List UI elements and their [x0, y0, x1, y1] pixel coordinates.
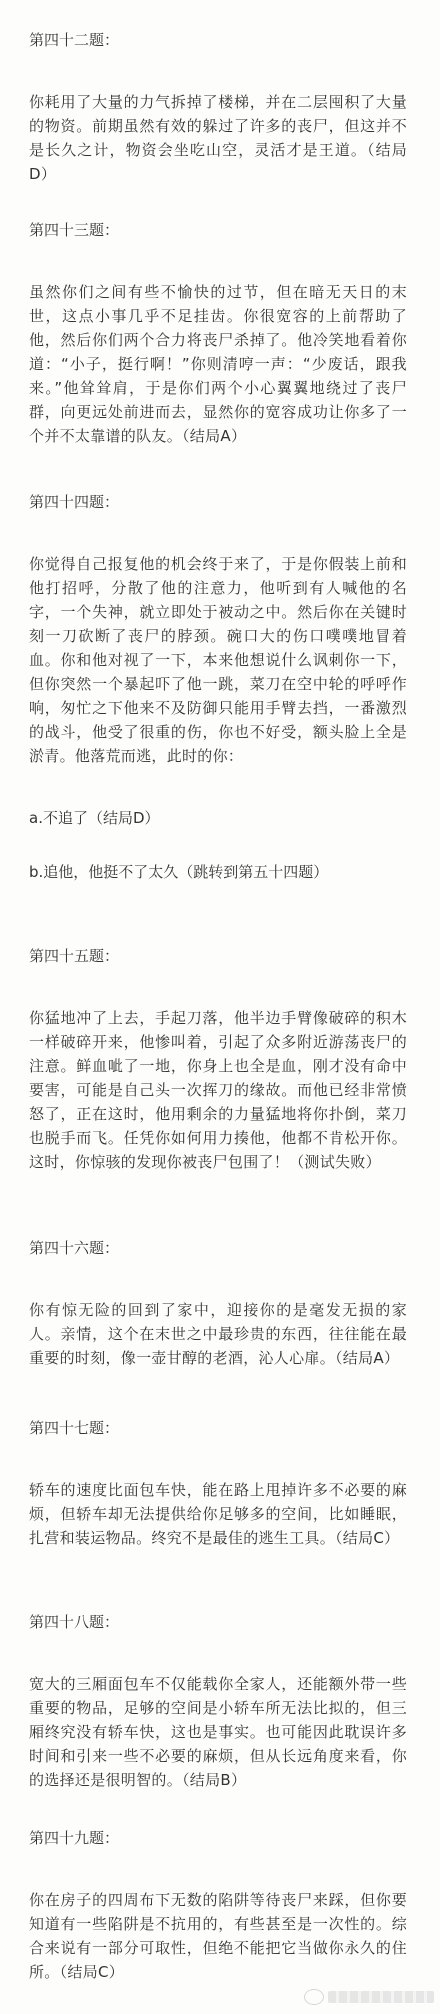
question-title: 第四十七题： — [29, 1416, 407, 1440]
question-body: 你猛地冲了上去，手起刀落，他半边手臂像破碎的积木一样破碎开来，他惨叫着，引起了众… — [29, 1006, 407, 1174]
question-title: 第四十九题： — [29, 1826, 407, 1850]
watermark-illegible — [328, 1991, 434, 2003]
question-body: 你有惊无险的回到了家中，迎接你的是毫发无损的家人。亲情，这个在末世之中最珍贵的东… — [29, 1298, 407, 1370]
question-body: 你耗用了大量的力气拆掉了楼梯，并在二层囤积了大量的物资。前期虽然有效的躲过了许多… — [29, 90, 407, 186]
question-title: 第四十三题： — [29, 218, 407, 242]
weibo-logo-icon — [304, 1989, 324, 2005]
question-title: 第四十五题： — [29, 944, 407, 968]
question-47: 第四十七题： 轿车的速度比面包车快，能在路上甩掉许多不必要的麻烦，但轿车却无法提… — [29, 1416, 407, 1550]
question-body: 你觉得自己报复他的机会终于来了，于是你假装上前和他打招呼，分散了他的注意力，他听… — [29, 552, 407, 768]
question-body: 宽大的三厢面包车不仅能载你全家人，还能额外带一些重要的物品，足够的空间是小轿车所… — [29, 1672, 407, 1792]
question-44: 第四十四题： 你觉得自己报复他的机会终于来了，于是你假装上前和他打招呼，分散了他… — [29, 490, 407, 884]
question-title: 第四十四题： — [29, 490, 407, 514]
question-body: 你在房子的四周布下无数的陷阱等待丧尸来踩，但你要知道有一些陷阱是不抗用的，有些甚… — [29, 1888, 407, 1984]
question-body: 虽然你们之间有些不愉快的过节，但在暗无天日的末世，这点小事几乎不足挂齿。你很宽容… — [29, 280, 407, 448]
question-title: 第四十六题： — [29, 1236, 407, 1260]
question-49: 第四十九题： 你在房子的四周布下无数的陷阱等待丧尸来踩，但你要知道有一些陷阱是不… — [29, 1826, 407, 1984]
question-body: 轿车的速度比面包车快，能在路上甩掉许多不必要的麻烦，但轿车却无法提供给你足够多的… — [29, 1478, 407, 1550]
watermark — [304, 1986, 434, 2008]
question-46: 第四十六题： 你有惊无险的回到了家中，迎接你的是毫发无损的家人。亲情，这个在末世… — [29, 1236, 407, 1370]
option-a: a.不追了（结局D） — [29, 806, 407, 830]
question-45: 第四十五题： 你猛地冲了上去，手起刀落，他半边手臂像破碎的积木一样破碎开来，他惨… — [29, 944, 407, 1174]
option-b: b.追他，他挺不了太久（跳转到第五十四题） — [29, 860, 407, 884]
question-title: 第四十八题： — [29, 1610, 407, 1634]
question-48: 第四十八题： 宽大的三厢面包车不仅能载你全家人，还能额外带一些重要的物品，足够的… — [29, 1610, 407, 1792]
question-title: 第四十二题： — [29, 28, 407, 52]
question-42: 第四十二题： 你耗用了大量的力气拆掉了楼梯，并在二层囤积了大量的物资。前期虽然有… — [29, 28, 407, 186]
question-43: 第四十三题： 虽然你们之间有些不愉快的过节，但在暗无天日的末世，这点小事几乎不足… — [29, 218, 407, 448]
